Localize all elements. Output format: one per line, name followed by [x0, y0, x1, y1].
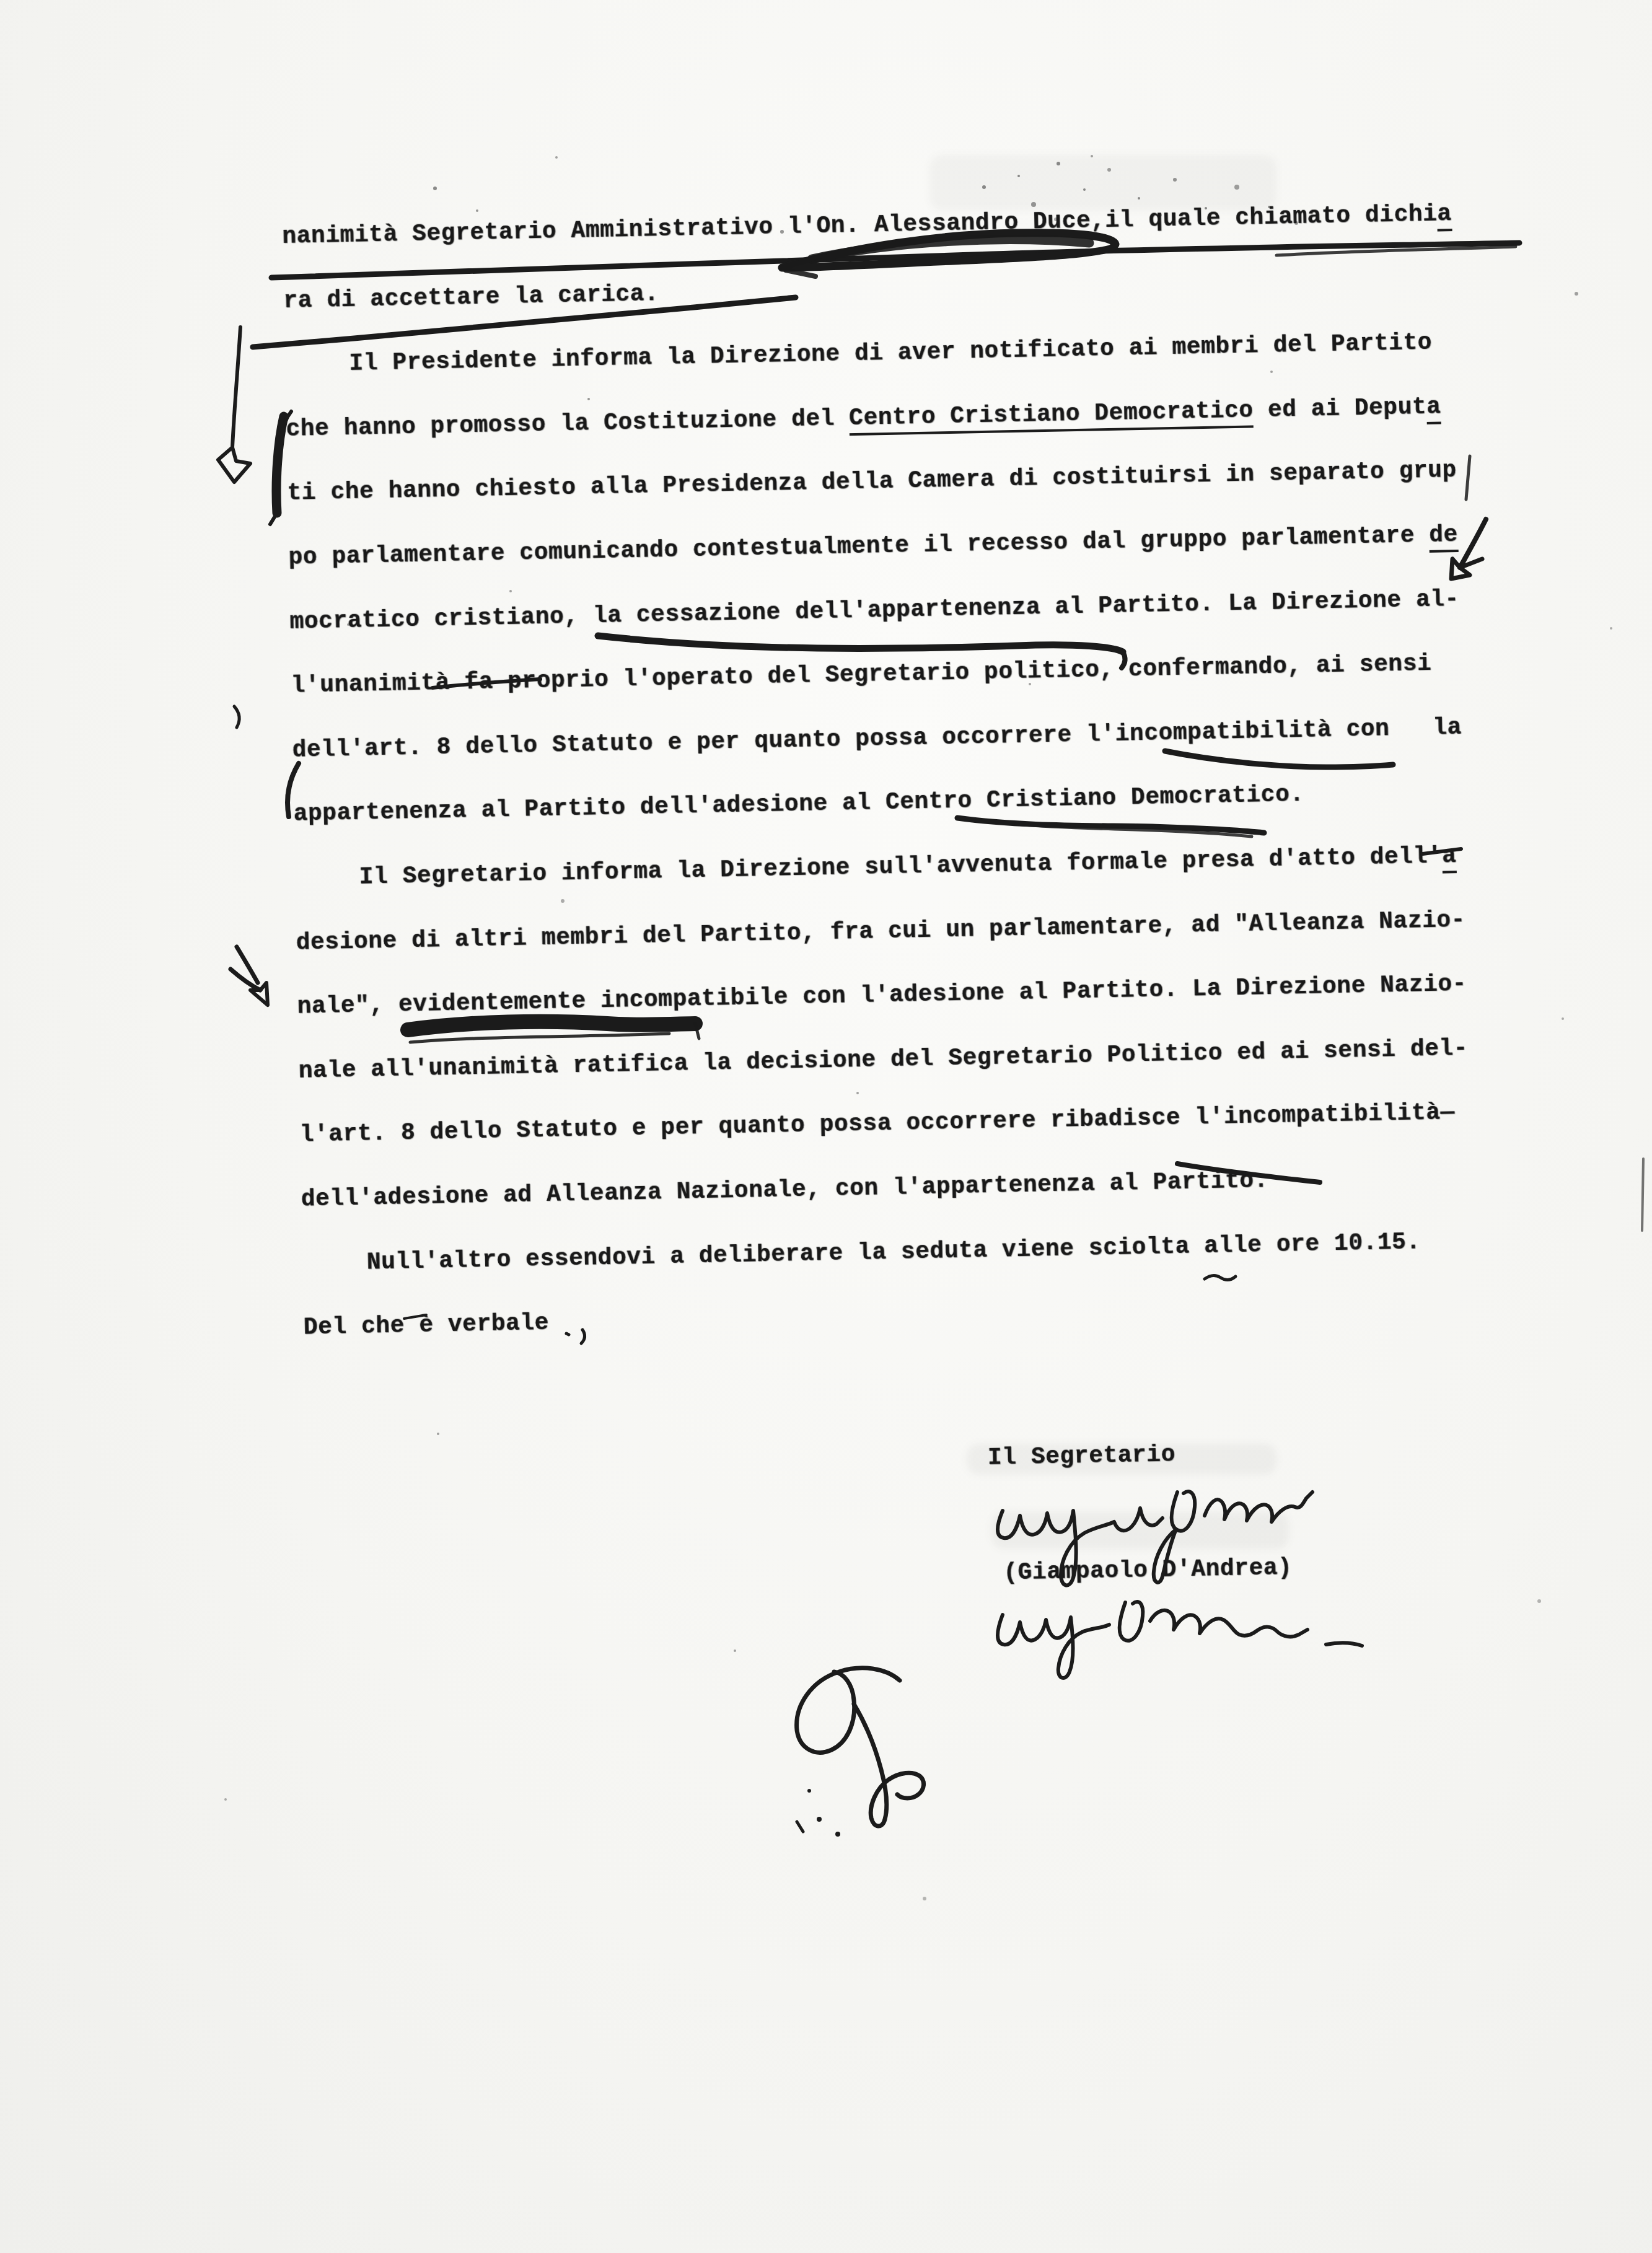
closing-block: Il Segretario (Giampaolo D'Andrea) [986, 1385, 1293, 1642]
margin-small-paren [234, 706, 239, 727]
margin-long-arrow-head [218, 447, 250, 482]
underlined-text-segment: a [1426, 393, 1441, 424]
scan-smudge [929, 155, 1276, 211]
margin-small-arrow-head [250, 983, 268, 1005]
margin-emphasis-stroke [276, 416, 284, 513]
margin-long-arrow-shaft [232, 327, 240, 447]
closing-name-label: (Giampaolo D'Andrea) [1003, 1555, 1293, 1588]
right-edge-line [1642, 1159, 1643, 1231]
underlined-text-segment: a [1437, 201, 1452, 231]
underlined-text-segment: Centro Cristiano Democratico [849, 397, 1254, 436]
scan-noise-specks [0, 0, 2, 2]
text-segment: ra di accettare la carica. [283, 281, 659, 315]
text-segment: nanimità Segretario Amministrativo l'On.… [282, 201, 1438, 250]
underlined-text-segment: a [1442, 843, 1457, 873]
scanned-document-page: nanimità Segretario Amministrativo l'On.… [0, 0, 1652, 2253]
initials-scribble [797, 1668, 924, 1837]
text-segment: ed ai Deput [1253, 394, 1426, 424]
typed-text-block: nanimità Segretario Amministrativo l'On.… [282, 198, 1519, 1377]
text-segment: Del che è verbale [303, 1310, 549, 1342]
underlined-text-segment: de [1429, 522, 1459, 553]
margin-small-arrow [231, 947, 260, 990]
closing-role-label: Il Segretario [988, 1439, 1291, 1472]
